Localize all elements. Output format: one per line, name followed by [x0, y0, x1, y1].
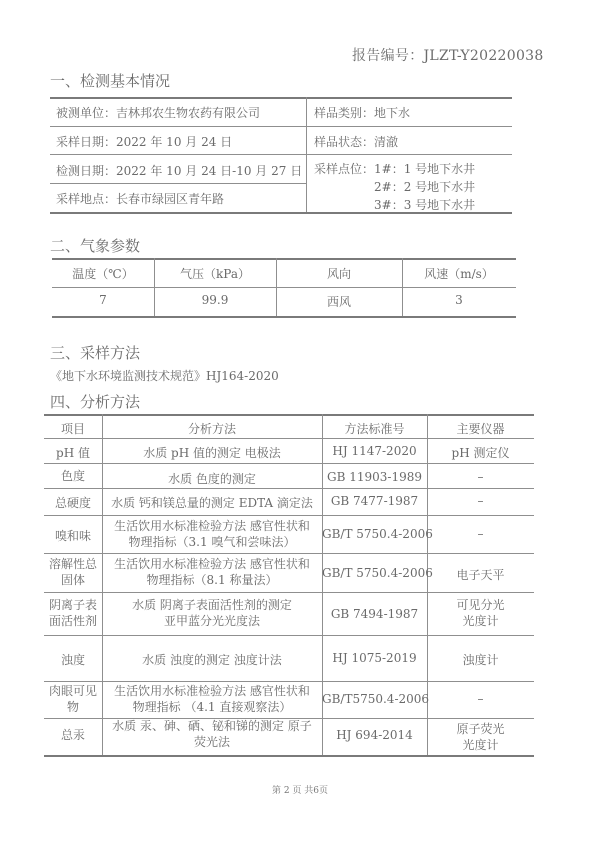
sampling-points-label: 采样点位： [314, 160, 374, 177]
section-title-basic-info: 一、检测基本情况 [50, 70, 170, 91]
table-row-item: 肉眼可见物 [44, 683, 102, 715]
value-temperature: 7 [52, 293, 154, 307]
table-row-standard: GB 7494-1987 [322, 607, 427, 621]
sampling-point-1: 1#：1 号地下水井 [374, 160, 475, 178]
section-title-analysis-method: 四、分析方法 [50, 391, 140, 412]
table-row-method: 水质 色度的测定 [102, 470, 322, 487]
section-title-weather: 二、气象参数 [50, 235, 140, 256]
table-row-instrument: – [427, 692, 534, 706]
table-row-standard: GB/T 5750.4-2006 [322, 527, 427, 541]
table-row-instrument: 原子荧光光度计 [427, 721, 534, 753]
table-row-method: 生活饮用水标准检验方法 感官性状和物理指标（8.1 称量法） [102, 556, 322, 588]
table-row-item: 色度 [44, 467, 102, 484]
sampling-point-2: 2#：2 号地下水井 [374, 178, 475, 196]
sample-category: 样品类别：地下水 [314, 104, 410, 121]
table-row-instrument: 可见分光光度计 [427, 597, 534, 629]
section-title-sampling-method: 三、采样方法 [50, 342, 140, 363]
sampling-point-3: 3#：3 号地下水井 [374, 196, 475, 214]
table-row-method: 生活饮用水标准检验方法 感官性状和物理指标 （4.1 直接观察法） [102, 683, 322, 715]
header-item: 项目 [44, 420, 102, 437]
sample-state: 样品状态：清澈 [314, 133, 398, 150]
header-wind-direction: 风向 [276, 265, 402, 282]
header-method: 分析方法 [102, 420, 322, 437]
header-standard: 方法标准号 [322, 420, 427, 437]
testing-date: 检测日期：2022 年 10 月 24 日-10 月 27 日 [56, 162, 302, 179]
table-row-item: 总汞 [44, 726, 102, 743]
sampling-method-text: 《地下水环境监测技术规范》HJ164-2020 [50, 367, 279, 384]
table-row-method: 水质 浊度的测定 浊度计法 [102, 651, 322, 668]
table-row-instrument: pH 测定仪 [427, 444, 534, 461]
value-pressure: 99.9 [154, 293, 276, 307]
value-wind-direction: 西风 [276, 293, 402, 310]
sampling-date: 采样日期：2022 年 10 月 24 日 [56, 133, 232, 150]
table-row-standard: HJ 1075-2019 [322, 651, 427, 665]
sampling-points-list: 1#：1 号地下水井 2#：2 号地下水井 3#：3 号地下水井 [374, 160, 475, 214]
table-row-standard: GB/T 5750.4-2006 [322, 566, 427, 580]
sampling-location: 采样地点：长春市绿园区青年路 [56, 190, 224, 207]
table-row-method: 水质 汞、砷、硒、铋和锑的测定 原子荧光法 [102, 718, 322, 750]
table-row-instrument: – [427, 527, 534, 541]
table-row-method: 水质 阴离子表面活性剂的测定亚甲蓝分光光度法 [102, 597, 322, 629]
table-row-standard: HJ 1147-2020 [322, 444, 427, 458]
table-row-instrument: – [427, 494, 534, 508]
table-row-standard: HJ 694-2014 [322, 728, 427, 742]
tested-unit: 被测单位：吉林邦农生物农药有限公司 [56, 104, 260, 121]
table-row-item: 浊度 [44, 651, 102, 668]
table-row-instrument: – [427, 470, 534, 484]
report-number: 报告编号：JLZT-Y20220038 [352, 45, 544, 65]
header-wind-speed: 风速（m/s） [402, 265, 516, 282]
table-row-standard: GB/T5750.4-2006 [322, 692, 427, 706]
table-row-instrument: 浊度计 [427, 651, 534, 668]
table-row-item: 溶解性总固体 [44, 556, 102, 588]
table-row-standard: GB 11903-1989 [322, 470, 427, 484]
table-row-instrument: 电子天平 [427, 566, 534, 583]
table-row-item: 嗅和味 [44, 527, 102, 544]
table-row-method: 水质 pH 值的测定 电极法 [102, 444, 322, 461]
page-number: 第 2 页 共6页 [0, 783, 600, 796]
value-wind-speed: 3 [402, 293, 516, 307]
table-row-item: 总硬度 [44, 494, 102, 511]
table-row-method: 水质 钙和镁总量的测定 EDTA 滴定法 [102, 494, 322, 511]
table-row-method: 生活饮用水标准检验方法 感官性状和物理指标（3.1 嗅气和尝味法） [102, 518, 322, 550]
header-instrument: 主要仪器 [427, 420, 534, 437]
table-row-standard: GB 7477-1987 [322, 494, 427, 508]
header-pressure: 气压（kPa） [154, 265, 276, 282]
header-temperature: 温度（℃） [52, 265, 154, 282]
table-row-item: pH 值 [44, 444, 102, 461]
table-row-item: 阴离子表面活性剂 [44, 597, 102, 629]
